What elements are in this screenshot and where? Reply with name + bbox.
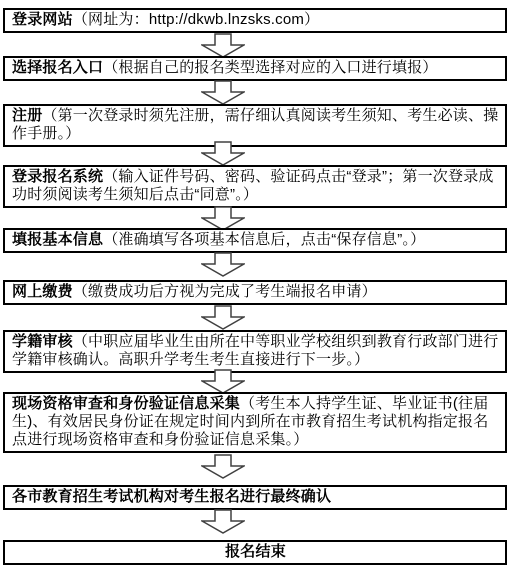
down-arrow-icon: [201, 252, 245, 277]
step-detail: （网址为：http://dkwb.lnzsks.com）: [73, 11, 320, 28]
flow-step-online-payment: 网上缴费（缴费成功后方视为完成了考生端报名申请）: [3, 280, 507, 305]
step-title: 现场资格审查和身份验证信息采集: [12, 395, 240, 412]
step-title: 填报基本信息: [12, 231, 103, 248]
step-title: 注册: [12, 107, 42, 124]
flow-step-registration-finished: 报名结束: [3, 540, 507, 565]
down-arrow-icon: [201, 305, 245, 330]
step-detail: （缴费成功后方视为完成了考生端报名申请）: [73, 283, 377, 300]
flow-step-onsite-qualification-check: 现场资格审查和身份验证信息采集（考生本人持学生证、毕业证书(往届生)、有效居民身…: [3, 392, 507, 453]
step-detail: （根据自己的报名类型选择对应的入口进行填报）: [103, 59, 437, 76]
down-arrow-icon: [201, 141, 245, 166]
step-title: 登录报名系统: [12, 168, 103, 185]
flow-step-school-roll-review: 学籍审核（中职应届毕业生由所在中等职业学校组织到教育行政部门进行学籍审核确认。高…: [3, 330, 507, 373]
step-title: 网上缴费: [12, 283, 73, 300]
flowchart: 登录网站（网址为：http://dkwb.lnzsks.com） 选择报名入口（…: [0, 0, 513, 573]
down-arrow-icon: [201, 33, 245, 58]
flow-step-register: 注册（第一次登录时须先注册，需仔细认真阅读考生须知、考生必读、操作手册。）: [3, 104, 507, 147]
step-title: 选择报名入口: [12, 59, 103, 76]
step-title: 各市教育招生考试机构对考生报名进行最终确认: [12, 488, 331, 505]
step-detail: （第一次登录时须先注册，需仔细认真阅读考生须知、考生必读、操作手册。）: [12, 107, 498, 142]
step-title: 报名结束: [225, 543, 286, 560]
step-title: 学籍审核: [12, 333, 73, 350]
down-arrow-icon: [201, 509, 245, 534]
down-arrow-icon: [201, 454, 245, 479]
flow-step-final-confirmation: 各市教育招生考试机构对考生报名进行最终确认: [3, 485, 507, 510]
step-detail: （准确填写各项基本信息后，点击“保存信息”。）: [103, 231, 425, 248]
flow-step-login-system: 登录报名系统（输入证件号码、密码、验证码点击“登录”；第一次登录成功时须阅读考生…: [3, 165, 507, 208]
step-title: 登录网站: [12, 11, 73, 28]
flow-step-choose-entrance: 选择报名入口（根据自己的报名类型选择对应的入口进行填报）: [3, 56, 507, 81]
step-detail: （中职应届毕业生由所在中等职业学校组织到教育行政部门进行学籍审核确认。高职升学考…: [12, 333, 498, 368]
flow-step-login-website: 登录网站（网址为：http://dkwb.lnzsks.com）: [3, 8, 507, 33]
flow-step-fill-basic-info: 填报基本信息（准确填写各项基本信息后，点击“保存信息”。）: [3, 228, 507, 253]
down-arrow-icon: [201, 369, 245, 394]
down-arrow-icon: [201, 80, 245, 105]
